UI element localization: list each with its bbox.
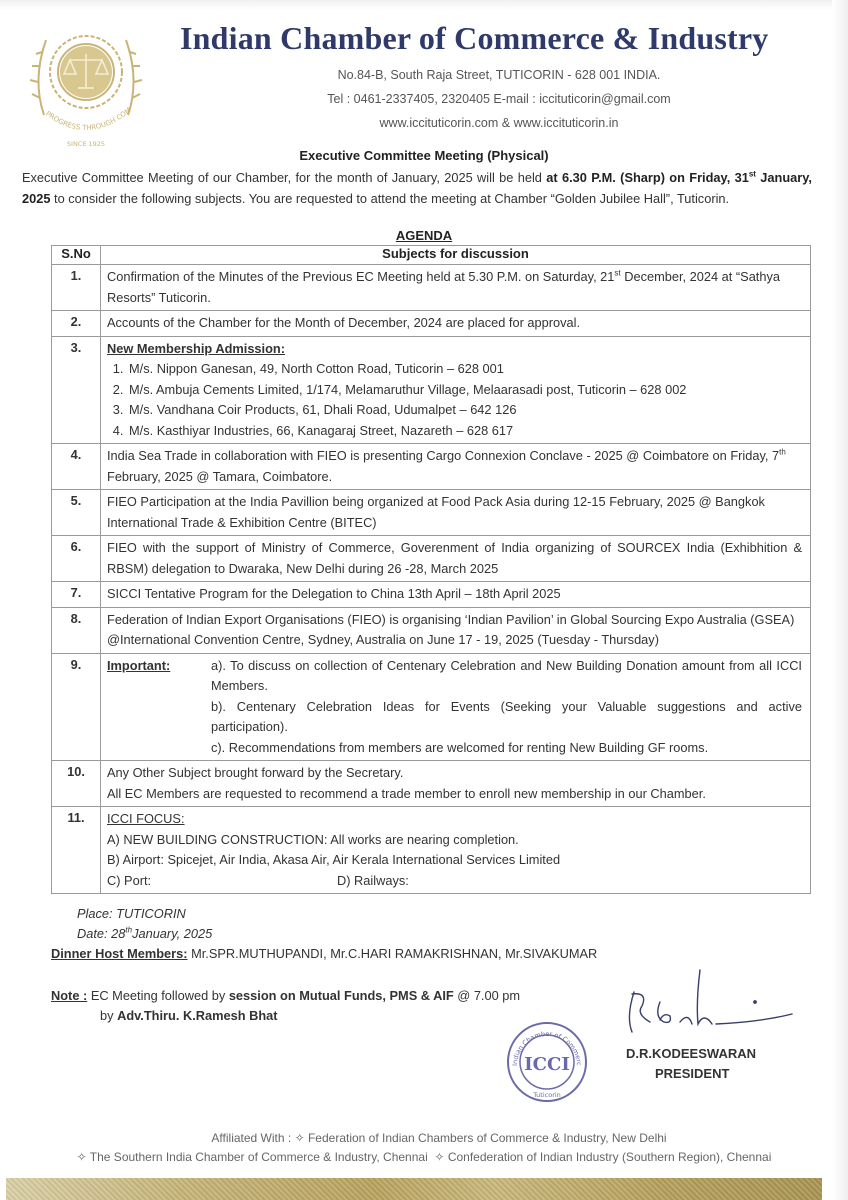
agenda-row: 2. Accounts of the Chamber for the Month… — [52, 311, 811, 337]
note-time: @ 7.00 pm — [454, 988, 520, 1003]
note-text: by — [100, 1008, 117, 1023]
agenda-sno: 3. — [52, 336, 101, 444]
speaker-name: Adv.Thiru. K.Ramesh Bhat — [117, 1008, 277, 1023]
agenda-row: 8. Federation of Indian Export Organisat… — [52, 607, 811, 653]
membership-item: M/s. Vandhana Coir Products, 61, Dhali R… — [127, 400, 802, 421]
agenda-row: 6. FIEO with the support of Ministry of … — [52, 536, 811, 582]
agenda-subject: Accounts of the Chamber for the Month of… — [101, 311, 811, 337]
membership-item: M/s. Ambuja Cements Limited, 1/174, Mela… — [127, 380, 802, 401]
date-text: Date: 28 — [77, 926, 125, 941]
svg-text:SINCE 1925: SINCE 1925 — [67, 140, 105, 148]
agenda-subject: FIEO Participation at the India Pavillio… — [101, 490, 811, 536]
bullet-icon: ✧ — [434, 1150, 444, 1164]
important-label-wrap: Important: — [107, 656, 211, 759]
affiliate-name: The Southern India Chamber of Commerce &… — [90, 1150, 428, 1164]
focus-item: C) Port: — [107, 871, 337, 892]
membership-heading: New Membership Admission: — [107, 339, 802, 360]
seal-stamp-icon: Indian Chamber of Commerce & Industry IC… — [505, 1020, 589, 1104]
important-point: c). Recommendations from members are wel… — [211, 738, 802, 759]
svg-text:Tuticorin: Tuticorin — [532, 1091, 561, 1099]
scales-of-justice-icon: PROGRESS THROUGH COMMERCE & INDUSTRY SIN… — [26, 20, 146, 150]
agenda-row: 5. FIEO Participation at the India Pavil… — [52, 490, 811, 536]
subject-text: February, 2025 @ Tamara, Coimbatore. — [107, 469, 332, 484]
agenda-header-row: S.No Subjects for discussion — [52, 246, 811, 265]
affiliated-label: Affiliated With : — [211, 1131, 291, 1145]
signature — [620, 962, 800, 1042]
note-session: session on Mutual Funds, PMS & AIF — [229, 988, 454, 1003]
subject-line: All EC Members are requested to recommen… — [107, 784, 802, 805]
agenda-sno: 1. — [52, 265, 101, 311]
agenda-sno: 5. — [52, 490, 101, 536]
focus-heading: ICCI FOCUS: — [107, 809, 802, 830]
membership-item: M/s. Nippon Ganesan, 49, North Cotton Ro… — [127, 359, 802, 380]
focus-item: A) NEW BUILDING CONSTRUCTION: All works … — [107, 830, 802, 851]
agenda-sno: 11. — [52, 807, 101, 894]
agenda-row: 4. India Sea Trade in collaboration with… — [52, 444, 811, 490]
intro-text: Executive Committee Meeting of our Chamb… — [22, 170, 546, 185]
important-point: b). Centenary Celebration Ideas for Even… — [211, 697, 802, 738]
focus-row: C) Port: D) Railways: — [107, 871, 802, 892]
agenda-row: 7. SICCI Tentative Program for the Deleg… — [52, 582, 811, 608]
bullet-icon: ✧ — [295, 1131, 305, 1145]
focus-item: B) Airport: Spicejet, Air India, Akasa A… — [107, 850, 802, 871]
agenda-subject: Any Other Subject brought forward by the… — [101, 761, 811, 807]
agenda-row: 3. New Membership Admission: M/s. Nippon… — [52, 336, 811, 444]
agenda-sno: 2. — [52, 311, 101, 337]
agenda-subject: Federation of Indian Export Organisation… — [101, 607, 811, 653]
date-text: January, 2025 — [132, 926, 212, 941]
agenda-subject: SICCI Tentative Program for the Delegati… — [101, 582, 811, 608]
meeting-title: Executive Committee Meeting (Physical) — [0, 148, 848, 163]
agenda-row: 11. ICCI FOCUS: A) NEW BUILDING CONSTRUC… — [52, 807, 811, 894]
agenda-row: 1. Confirmation of the Minutes of the Pr… — [52, 265, 811, 311]
letterhead-gold-strip — [6, 1178, 822, 1200]
letter-date: Date: 28thJanuary, 2025 — [77, 926, 212, 941]
agenda-sno: 7. — [52, 582, 101, 608]
scan-top-shade — [0, 0, 848, 10]
subject-text: India Sea Trade in collaboration with FI… — [107, 448, 779, 463]
dinner-hosts: Dinner Host Members: Mr.SPR.MUTHUPANDI, … — [51, 946, 597, 961]
meeting-place: Place: TUTICORIN — [77, 906, 186, 921]
intro-bold-time: at 6.30 P.M. (Sharp) on Friday, 31 — [546, 170, 749, 185]
agenda-sno: 8. — [52, 607, 101, 653]
important-label: Important: — [107, 658, 170, 673]
agenda-row: 10. Any Other Subject brought forward by… — [52, 761, 811, 807]
agenda-subject: Confirmation of the Minutes of the Previ… — [101, 265, 811, 311]
agenda-title: AGENDA — [0, 228, 848, 243]
note-text: EC Meeting followed by — [87, 988, 229, 1003]
agenda-subject: ICCI FOCUS: A) NEW BUILDING CONSTRUCTION… — [101, 807, 811, 894]
signature-icon — [620, 962, 800, 1042]
svg-text:ICCI: ICCI — [524, 1054, 570, 1075]
bullet-icon: ✧ — [77, 1150, 87, 1164]
membership-list: M/s. Nippon Ganesan, 49, North Cotton Ro… — [107, 359, 802, 441]
agenda-subject: Important: a). To discuss on collection … — [101, 653, 811, 761]
affiliate-name: Confederation of Indian Industry (Southe… — [448, 1150, 772, 1164]
subject-text: Confirmation of the Minutes of the Previ… — [107, 269, 614, 284]
affiliate-name: Federation of Indian Chambers of Commerc… — [308, 1131, 667, 1145]
agenda-subject: New Membership Admission: M/s. Nippon Ga… — [101, 336, 811, 444]
important-points: a). To discuss on collection of Centenar… — [211, 656, 802, 759]
col-sno-header: S.No — [52, 246, 101, 265]
agenda-table: S.No Subjects for discussion 1. Confirma… — [51, 245, 811, 894]
scan-edge-shade — [832, 0, 848, 1200]
agenda-sno: 6. — [52, 536, 101, 582]
note-speaker: by Adv.Thiru. K.Ramesh Bhat — [100, 1008, 278, 1023]
meeting-intro: Executive Committee Meeting of our Chamb… — [22, 167, 812, 209]
subject-sup: th — [779, 448, 786, 457]
agenda-sno: 4. — [52, 444, 101, 490]
affiliation-line-2: ✧ The Southern India Chamber of Commerce… — [0, 1150, 848, 1164]
agenda-subject: India Sea Trade in collaboration with FI… — [101, 444, 811, 490]
note-label: Note : — [51, 988, 87, 1003]
signer-title: PRESIDENT — [655, 1066, 729, 1081]
chamber-logo-emblem: PROGRESS THROUGH COMMERCE & INDUSTRY SIN… — [26, 20, 146, 150]
organization-websites: www.iccituticorin.com & www.iccituticori… — [0, 116, 848, 130]
hosts-label: Dinner Host Members: — [51, 946, 188, 961]
important-block: Important: a). To discuss on collection … — [107, 656, 802, 759]
organization-contact: Tel : 0461-2337405, 2320405 E-mail : icc… — [0, 92, 848, 106]
chamber-seal: Indian Chamber of Commerce & Industry IC… — [505, 1020, 589, 1104]
intro-text-end: to consider the following subjects. You … — [50, 191, 729, 206]
focus-item: D) Railways: — [337, 871, 409, 892]
agenda-sno: 10. — [52, 761, 101, 807]
important-point: a). To discuss on collection of Centenar… — [211, 656, 802, 697]
note: Note : EC Meeting followed by session on… — [51, 988, 520, 1003]
agenda-sno: 9. — [52, 653, 101, 761]
membership-item: M/s. Kasthiyar Industries, 66, Kanagaraj… — [127, 421, 802, 442]
col-subject-header: Subjects for discussion — [101, 246, 811, 265]
agenda-subject: FIEO with the support of Ministry of Com… — [101, 536, 811, 582]
signer-name: D.R.KODEESWARAN — [626, 1046, 756, 1061]
affiliation-line-1: Affiliated With : ✧ Federation of Indian… — [0, 1131, 848, 1145]
organization-name: Indian Chamber of Commerce & Industry — [180, 20, 810, 57]
subject-line: Any Other Subject brought forward by the… — [107, 763, 802, 784]
agenda-row: 9. Important: a). To discuss on collecti… — [52, 653, 811, 761]
organization-address: No.84-B, South Raja Street, TUTICORIN - … — [0, 68, 848, 82]
hosts-names: Mr.SPR.MUTHUPANDI, Mr.C.HARI RAMAKRISHNA… — [188, 946, 598, 961]
intro-sup: st — [749, 170, 756, 179]
